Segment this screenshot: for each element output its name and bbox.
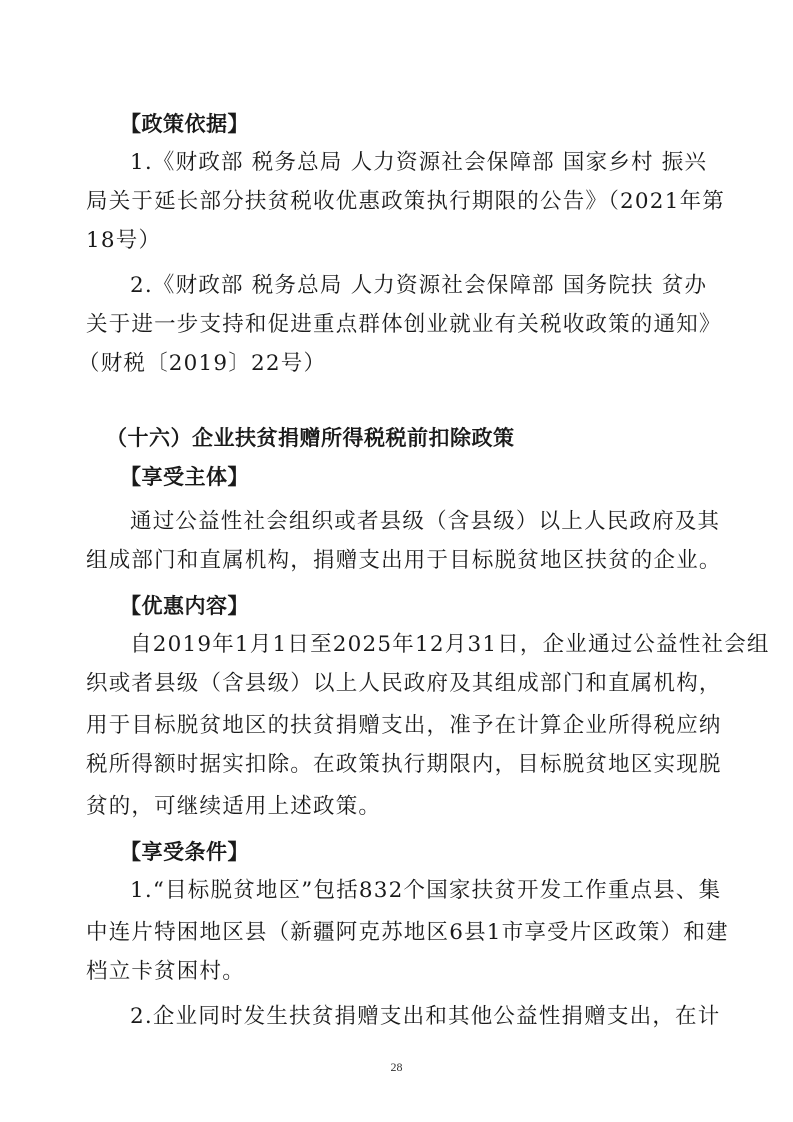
content-line-5: 贫的，可继续适用上述政策。	[86, 793, 381, 821]
section-heading-content: 【优惠内容】	[120, 592, 249, 620]
conditions-item-1-line-3: 档立卡贫困村。	[86, 958, 245, 986]
policy-16-title: （十六）企业扶贫捐赠所得税税前扣除政策	[106, 424, 515, 452]
section-heading-conditions: 【享受条件】	[120, 838, 249, 866]
policy-basis-item-2-line-3: （财税〔2019〕22号）	[78, 350, 326, 378]
content-line-4: 税所得额时据实扣除。在政策执行期限内，目标脱贫地区实现脱	[86, 751, 692, 779]
policy-basis-item-1-line-1: 1.《财政部 税务总局 人力资源社会保障部 国家乡村 振兴	[86, 149, 692, 177]
content-line-3: 用于目标脱贫地区的扶贫捐赠支出，准予在计算企业所得税应纳	[86, 712, 692, 740]
policy-basis-item-1-line-2: 局关于延长部分扶贫税收优惠政策执行期限的公告》（2021年第	[86, 188, 692, 216]
content-line-2: 织或者县级（含县级）以上人民政府及其组成部门和直属机构，	[86, 670, 692, 698]
conditions-item-1-line-2: 中连片特困地区县（新疆阿克苏地区6县1市享受片区政策）和建	[86, 919, 692, 947]
beneficiary-line-1: 通过公益性社会组织或者县级（含县级）以上人民政府及其	[86, 508, 692, 536]
conditions-item-1-line-1: 1.“目标脱贫地区”包括832个国家扶贫开发工作重点县、集	[86, 877, 692, 905]
section-heading-beneficiary: 【享受主体】	[120, 463, 249, 491]
beneficiary-line-2: 组成部门和直属机构，捐赠支出用于目标脱贫地区扶贫的企业。	[86, 547, 692, 575]
page-number: 28	[0, 1060, 793, 1075]
policy-basis-item-2-line-1: 2.《财政部 税务总局 人力资源社会保障部 国务院扶 贫办	[86, 272, 692, 300]
policy-basis-item-2-line-2: 关于进一步支持和促进重点群体创业就业有关税收政策的通知》	[86, 311, 692, 339]
section-heading-policy-basis: 【政策依据】	[120, 110, 249, 138]
conditions-item-2-line-1: 2.企业同时发生扶贫捐赠支出和其他公益性捐赠支出，在计	[86, 1003, 692, 1031]
content-line-1: 自2019年1月1日至2025年12月31日，企业通过公益性社会组	[86, 631, 692, 659]
policy-basis-item-1-line-3: 18号）	[86, 227, 161, 255]
